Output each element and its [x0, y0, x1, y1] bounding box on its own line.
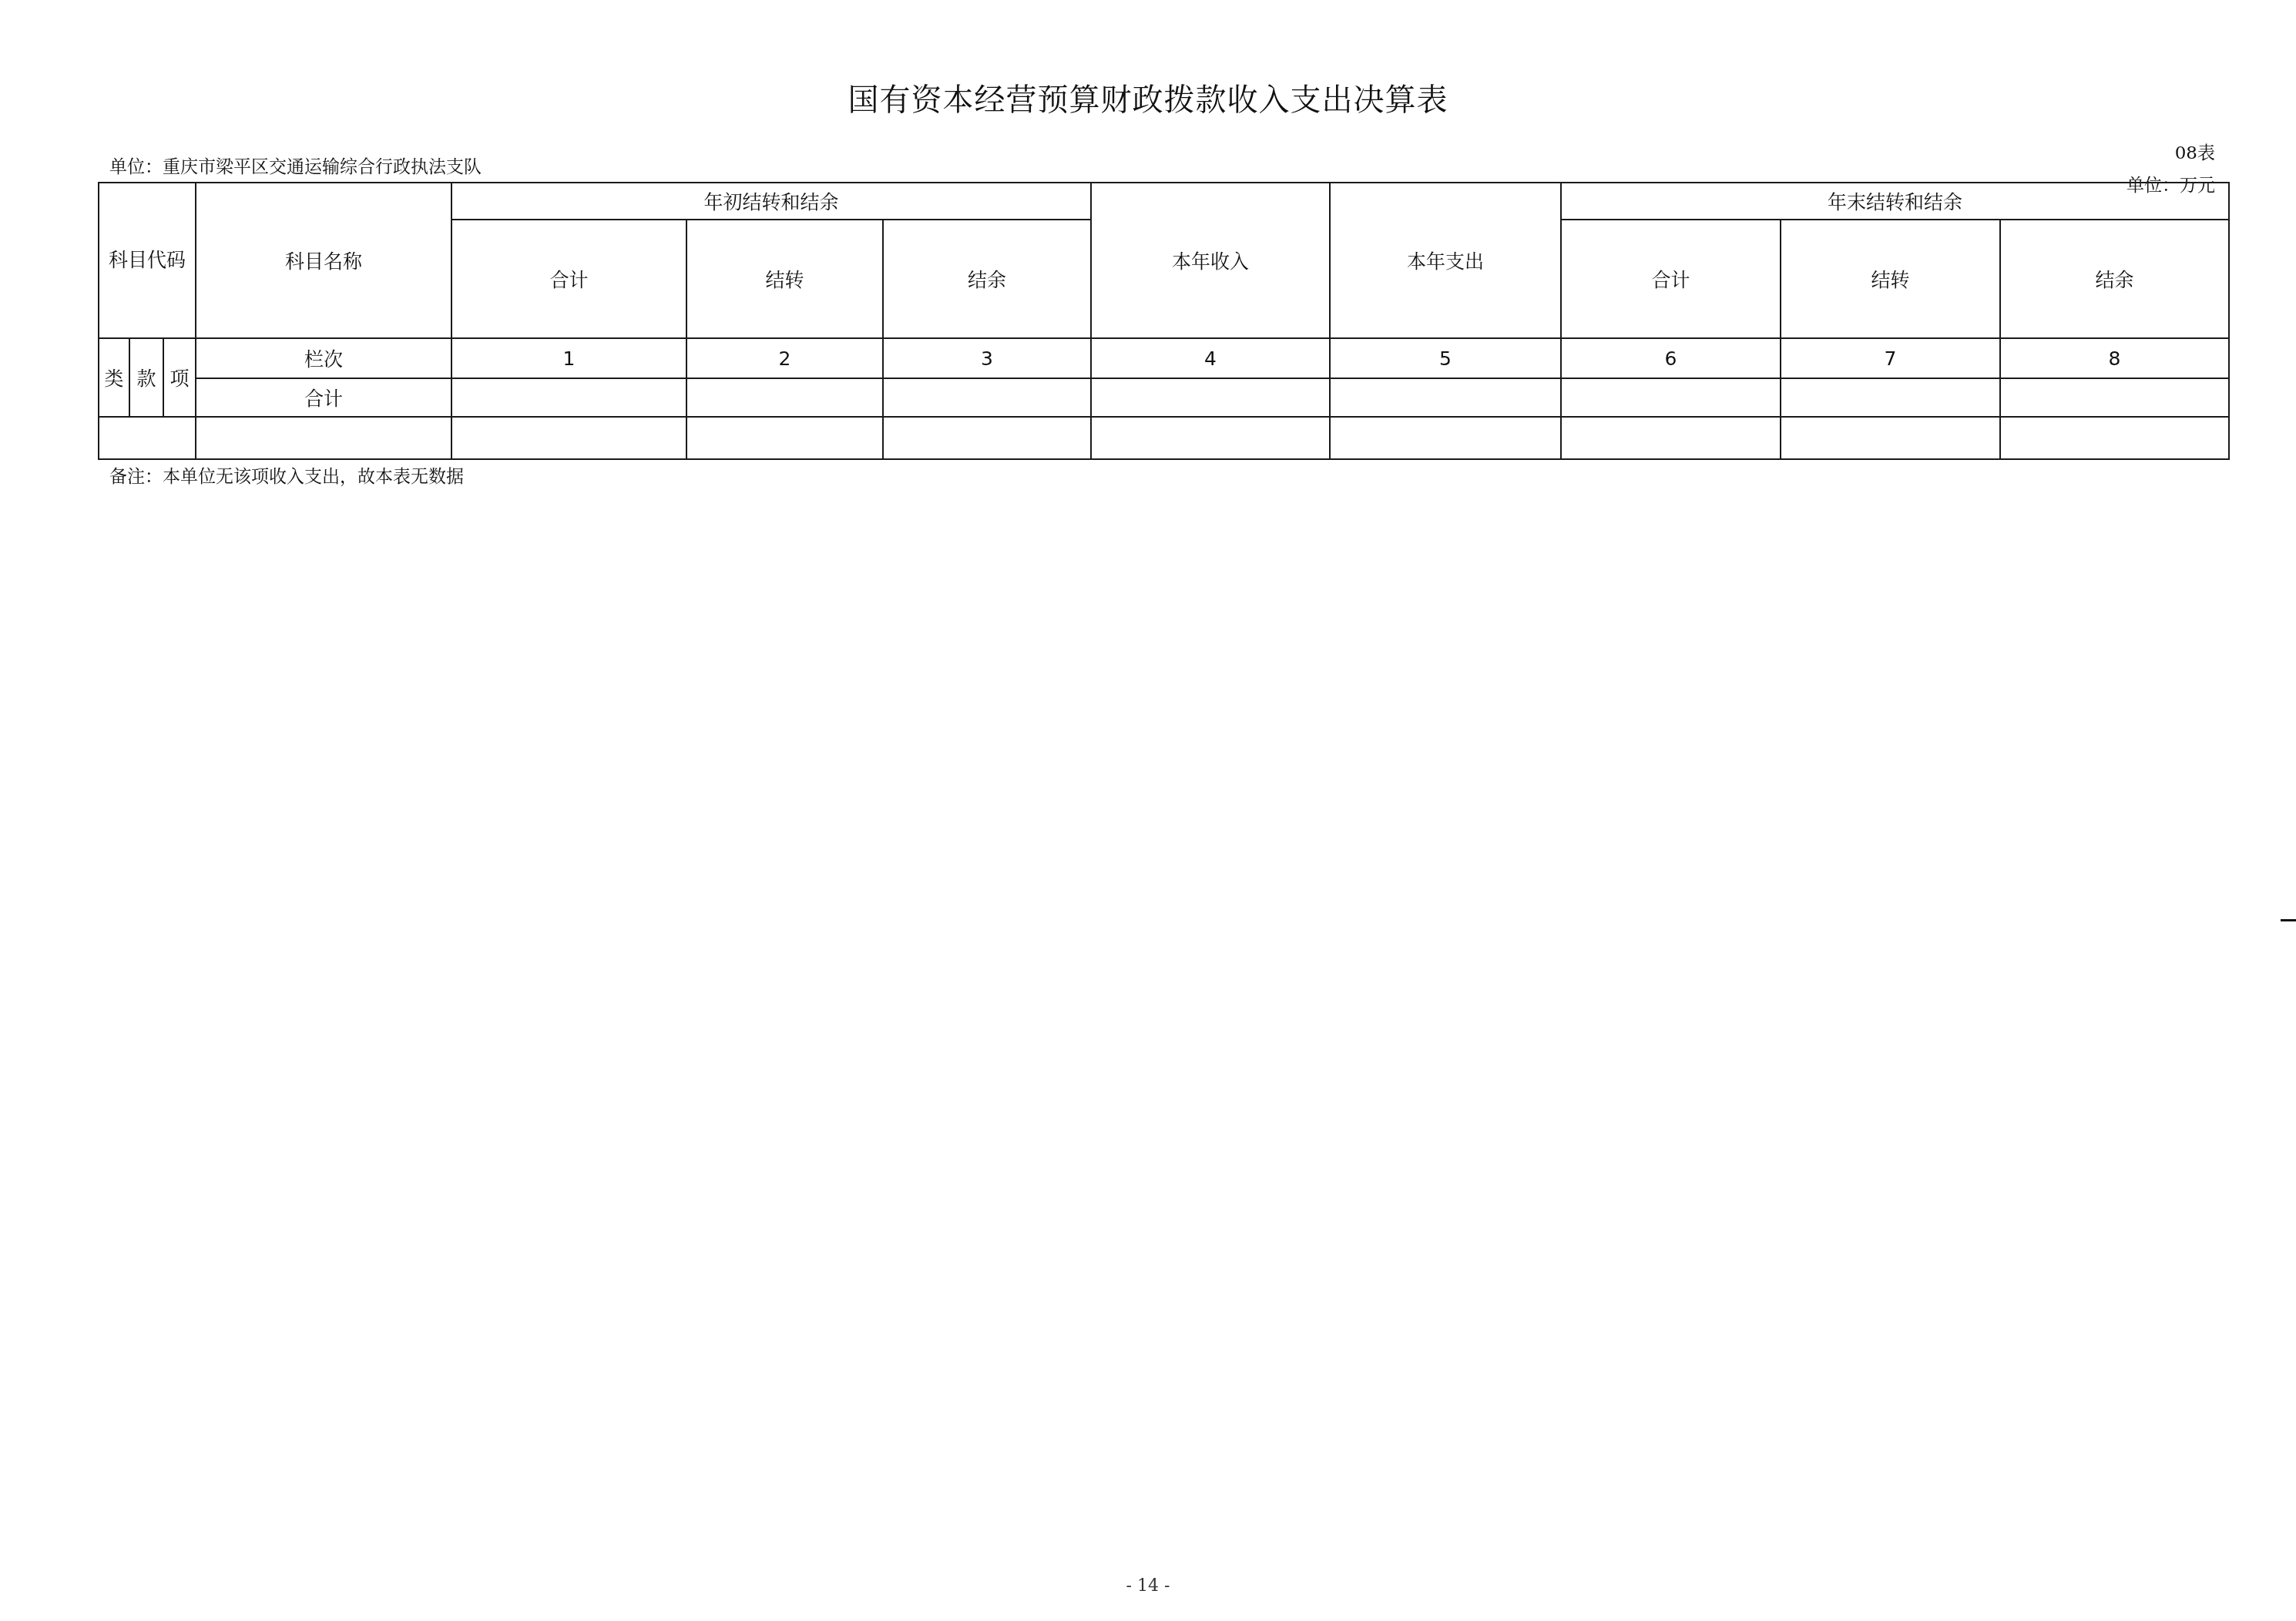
seq-cell: 5: [1330, 338, 1561, 378]
header-begin-total: 合计: [451, 220, 686, 338]
seq-cell: 7: [1781, 338, 2000, 378]
page-title: 国有资本经营预算财政拨款收入支出决算表: [0, 76, 2296, 119]
total-cell: [1330, 378, 1561, 417]
seq-cell: 8: [2000, 338, 2229, 378]
table-row-seq: 类 款 项 栏次 1 2 3 4 5 6 7 8: [99, 338, 2229, 378]
empty-code-cell: [99, 417, 196, 459]
total-cell: [883, 378, 1091, 417]
total-label: 合计: [196, 378, 451, 417]
empty-cell: [883, 417, 1091, 459]
seq-label: 栏次: [196, 338, 451, 378]
total-cell: [1091, 378, 1330, 417]
seq-cell: 6: [1561, 338, 1781, 378]
header-code: 科目代码: [99, 183, 196, 338]
table-row-empty: [99, 417, 2229, 459]
code-item: 项: [163, 338, 196, 417]
header-end-group: 年末结转和结余: [1561, 183, 2229, 220]
code-section: 款: [129, 338, 163, 417]
empty-cell: [1330, 417, 1561, 459]
header-end-total: 合计: [1561, 220, 1781, 338]
total-cell: [1781, 378, 2000, 417]
empty-cell: [451, 417, 686, 459]
budget-table: 科目代码 科目名称 年初结转和结余 本年收入 本年支出 年末结转和结余 合计 结…: [98, 182, 2230, 460]
header-begin-carry: 结转: [686, 220, 883, 338]
header-expense: 本年支出: [1330, 183, 1561, 338]
total-cell: [451, 378, 686, 417]
header-begin-balance: 结余: [883, 220, 1091, 338]
footnote: 备注：本单位无该项收入支出，故本表无数据: [109, 462, 464, 488]
code-class: 类: [99, 338, 129, 417]
empty-cell: [1091, 417, 1330, 459]
header-begin-group: 年初结转和结余: [451, 183, 1091, 220]
table-number: 08表: [2175, 139, 2215, 164]
edge-mark-divider: [2281, 919, 2296, 921]
table-row-total: 合计: [99, 378, 2229, 417]
header-name: 科目名称: [196, 183, 451, 338]
header-end-balance: 结余: [2000, 220, 2229, 338]
seq-cell: 2: [686, 338, 883, 378]
empty-cell: [1781, 417, 2000, 459]
seq-cell: 4: [1091, 338, 1330, 378]
empty-label: [196, 417, 451, 459]
header-row-group: 科目代码 科目名称 年初结转和结余 本年收入 本年支出 年末结转和结余: [99, 183, 2229, 220]
total-cell: [686, 378, 883, 417]
seq-cell: 1: [451, 338, 686, 378]
header-income: 本年收入: [1091, 183, 1330, 338]
total-cell: [1561, 378, 1781, 417]
organization-unit: 单位：重庆市梁平区交通运输综合行政执法支队: [109, 153, 482, 178]
page-number: - 14 -: [0, 1576, 2296, 1596]
empty-cell: [1561, 417, 1781, 459]
total-cell: [2000, 378, 2229, 417]
empty-cell: [2000, 417, 2229, 459]
seq-cell: 3: [883, 338, 1091, 378]
empty-cell: [686, 417, 883, 459]
header-end-carry: 结转: [1781, 220, 2000, 338]
